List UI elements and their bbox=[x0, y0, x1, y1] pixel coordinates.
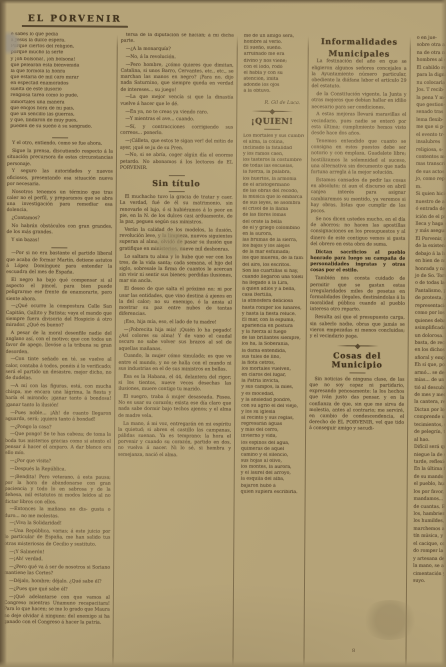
body-paragraph: —Que pongo! Se te has cabeza; de toma la… bbox=[5, 432, 111, 458]
body-paragraph: El muchacho tuvo la gracia de tratar y c… bbox=[120, 195, 233, 227]
column-2: tersa de la diputación se hacían; á mi d… bbox=[116, 33, 233, 667]
body-paragraph: A pesar de la moral desenfile nadie del … bbox=[6, 331, 112, 357]
verse-line: cimentación y dia- bbox=[410, 570, 444, 578]
body-paragraph: Sin noticias de ninguna clase, de las qu… bbox=[309, 377, 404, 434]
columns-container: é sabes lo que pedíaá Jesús la dulce esp… bbox=[1, 28, 446, 667]
body-paragraph: —¿A la monarquía? bbox=[121, 47, 234, 54]
body-paragraph: —Déjalo, hombre; déjalo. ¿Qué sabe él? bbox=[4, 579, 110, 586]
body-paragraph: —Por si no era bastante el partido liber… bbox=[6, 251, 112, 277]
spacer bbox=[240, 95, 304, 99]
body-paragraph: Y sin bazas! bbox=[6, 238, 112, 245]
author-signature: R. Gil de Luca. bbox=[240, 101, 300, 106]
body-paragraph: de la Constitución vigente, la Junta y o… bbox=[311, 92, 406, 111]
body-paragraph: El suegro, traba á mujer desaseada. Pase… bbox=[118, 395, 231, 421]
body-paragraph: —¡Viva la Solidaridad! bbox=[4, 521, 110, 528]
article-heading: Sin título bbox=[120, 179, 233, 189]
article-heading: Informalidades bbox=[312, 37, 407, 47]
body-paragraph: Sigue la prensa, discutiendo respecto á … bbox=[7, 149, 113, 168]
body-paragraph: El deseo de que salta el próximo no; ni … bbox=[119, 287, 232, 319]
body-paragraph: Resulta así que el presupuesto carga, si… bbox=[310, 315, 405, 341]
body-paragraph: —No, si se abría, coger algún día el eno… bbox=[120, 153, 233, 172]
body-paragraph: Tenemos entendido que cuanto se consigna… bbox=[311, 139, 406, 177]
section-rule bbox=[168, 175, 184, 176]
body-paragraph: También nos consta cuidado de permitir q… bbox=[310, 276, 405, 314]
scan-stain bbox=[150, 230, 190, 256]
body-paragraph: —¿Por que visita? bbox=[5, 459, 111, 466]
body-paragraph: —¡Ah! verdad. bbox=[4, 557, 110, 564]
article-heading: Cosas del Municipio bbox=[310, 351, 405, 370]
newspaper-sheet: EL PORVENIR é sabes lo que pedíaá Jesús … bbox=[1, 2, 446, 667]
verse-line: suyo. bbox=[410, 578, 444, 586]
masthead: EL PORVENIR bbox=[6, 2, 446, 31]
spacer bbox=[7, 130, 113, 135]
column-4: InformalidadesMunicipalesLa festinación … bbox=[307, 34, 406, 667]
body-paragraph: —Con tinte señado en té, se vuelve al ca… bbox=[5, 357, 111, 383]
body-paragraph: —En ya, no te creas ya viendo raro. bbox=[120, 109, 233, 116]
body-paragraph: Y el otro, entiendo, como se fue ahora. bbox=[7, 141, 113, 148]
body-paragraph: —Y mientras el ave... cuando. bbox=[120, 117, 233, 124]
section-rule bbox=[51, 247, 67, 248]
body-paragraph: —¡Cálleta, que estos te sigan ver! del m… bbox=[120, 139, 233, 152]
scan-stain bbox=[360, 600, 420, 640]
body-paragraph: No habrán obstáculos con gran grandes, d… bbox=[6, 224, 112, 237]
column-1: é sabes lo que pedíaá Jesús la dulce esp… bbox=[3, 32, 113, 667]
body-paragraph: —Pues noble... ¡Ah! de cuanto llegaron a… bbox=[5, 410, 111, 423]
section-rule bbox=[52, 137, 68, 138]
body-paragraph: —Una República, varias; á este juicio po… bbox=[4, 529, 110, 548]
body-paragraph: tersa de la diputación se hacían; á mi d… bbox=[121, 33, 234, 46]
body-paragraph: El negro ha bajo qué compensar si al asp… bbox=[6, 278, 112, 304]
body-paragraph: Se nos dicen ustedes mucho, en el día de… bbox=[310, 217, 405, 249]
body-paragraph: —Pero hombre, ¿cómo quieres que dimitan,… bbox=[120, 62, 233, 94]
body-paragraph: —¡Pobrecita hija mía! ¡Quién lo ha pegad… bbox=[119, 328, 232, 354]
article-heading: Municipales bbox=[312, 49, 407, 59]
body-paragraph: Y seguro las autoridades y nuevos oficio… bbox=[7, 169, 113, 188]
body-paragraph: —¡Qué adelantarse con que vamos al Congr… bbox=[4, 595, 110, 627]
body-paragraph: —¿Pero qué va á ser de nosotros si Soria… bbox=[4, 565, 110, 578]
body-paragraph: ¡Eso, hija mía, eso, el lado de tu madre… bbox=[119, 320, 232, 327]
scan-shadow-bottom bbox=[0, 661, 446, 667]
section-rule bbox=[264, 129, 280, 130]
verse-line: de pelegrín, tanto bbox=[411, 429, 445, 437]
verse-line: los que mueren, de la fama bbox=[239, 256, 303, 263]
verse-line: tín música, y que t- bbox=[410, 533, 444, 541]
body-paragraph: —La que mejor vencía si que la dinastía … bbox=[120, 95, 233, 108]
section-rule bbox=[251, 111, 293, 112]
section-rule bbox=[168, 191, 184, 192]
body-paragraph: A estas mejoras llevará maravillas el ve… bbox=[311, 113, 406, 139]
body-paragraph: —A mí con las figuras, está, con mucha c… bbox=[5, 384, 111, 410]
page-folio: 8 bbox=[352, 648, 355, 654]
body-paragraph: Esa es la Habana, el 44, delantera del r… bbox=[118, 374, 231, 393]
verse-line: los humildes, sabe- bbox=[410, 518, 444, 526]
section-rule bbox=[336, 345, 378, 346]
spacer bbox=[410, 585, 444, 589]
body-paragraph: Nosotros tenemos un término que tras cal… bbox=[7, 190, 113, 216]
spacer bbox=[238, 495, 302, 499]
body-paragraph: —Entonces la mañana no dis- gusta o duro… bbox=[4, 507, 110, 520]
body-paragraph: —¡Y Salmerón! bbox=[4, 549, 110, 556]
scan-shadow-right bbox=[441, 0, 446, 667]
scan-shadow-top bbox=[0, 0, 446, 4]
verse-line: do romper la anch- bbox=[410, 548, 444, 556]
verse-line: la mano, se alquila bbox=[410, 563, 444, 571]
body-paragraph: Estamos cansados de pedir las cosas en a… bbox=[311, 178, 406, 216]
body-paragraph: —Sí, y contracciones corrigiendo sus cor… bbox=[120, 125, 233, 138]
body-paragraph: La mano, á mi voz, entregarán en mi espí… bbox=[118, 421, 231, 459]
scan-shadow-left bbox=[0, 0, 7, 667]
body-paragraph: Dictan sacrificios al pueblo honrado par… bbox=[310, 250, 405, 276]
body-paragraph: Cuando, la mujer cómo simulada; es que v… bbox=[118, 354, 231, 373]
body-paragraph: —¡Bendita! Pero veterano, á esta pausa; … bbox=[5, 475, 111, 507]
verse-line: quien supiera escribirla. bbox=[238, 489, 302, 496]
verse-line: mandamos... si hay bbox=[411, 496, 445, 504]
body-paragraph: —¿Pues que qué sabe él? bbox=[4, 587, 110, 594]
verse-line: el pueblo, humilde, bbox=[411, 481, 445, 489]
verse-line: y sus campos, la mies, bbox=[238, 385, 302, 392]
body-paragraph: La festinación del año en que se eligier… bbox=[311, 59, 406, 91]
body-paragraph: —¿Qué ocurre la compostura Calle San Cap… bbox=[6, 304, 112, 330]
section-rule bbox=[349, 372, 365, 373]
verse-line: Difícil será que el bbox=[411, 444, 445, 452]
verse-line: niegue la de sus c- bbox=[411, 451, 445, 459]
body-paragraph: ¿Contamos? bbox=[7, 216, 113, 223]
body-paragraph: —Después la República. bbox=[5, 467, 111, 474]
body-paragraph: —No, á la revolución. bbox=[121, 55, 234, 62]
newspaper-page: EL PORVENIR é sabes lo que pedíaá Jesús … bbox=[0, 0, 446, 667]
column-3: me de un amigo será,hombre al verlo.El s… bbox=[236, 34, 304, 667]
body-paragraph: Lo saltara tu alma y lo hube que ver con… bbox=[119, 254, 232, 286]
article-heading: ¡QUIEN! bbox=[240, 117, 304, 127]
verse-line: En la última form- bbox=[411, 466, 445, 474]
masthead-title: EL PORVENIR bbox=[22, 14, 128, 28]
body-paragraph: —¿Pongo la casa? bbox=[5, 425, 111, 432]
